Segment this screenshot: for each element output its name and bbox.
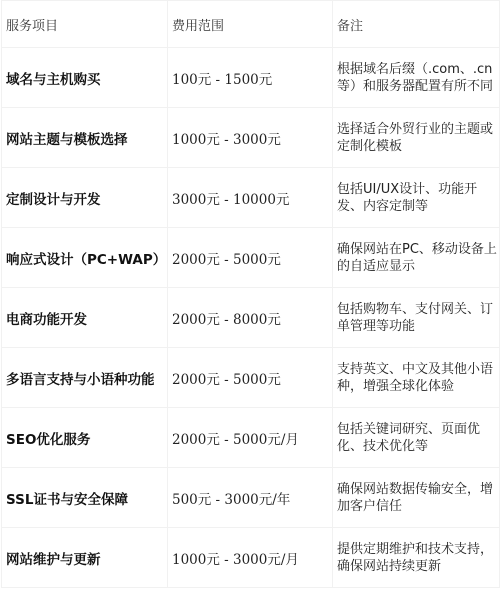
price-range: 2000元 - 8000元 [168, 288, 333, 348]
service-name: 域名与主机购买 [2, 48, 168, 108]
header-price: 费用范围 [168, 1, 333, 48]
table-row: 响应式设计（PC+WAP） 2000元 - 5000元 确保网站在PC、移动设备… [2, 228, 500, 288]
header-service: 服务项目 [2, 1, 168, 48]
price-range: 2000元 - 5000元/月 [168, 408, 333, 468]
table-header-row: 服务项目 费用范围 备注 [2, 1, 500, 48]
table-row: 域名与主机购买 100元 - 1500元 根据域名后缀（.com、.cn等）和服… [2, 48, 500, 108]
price-range: 2000元 - 5000元 [168, 348, 333, 408]
service-note: 包括UI/UX设计、功能开发、内容定制等 [333, 168, 500, 228]
table-row: 网站维护与更新 1000元 - 3000元/月 提供定期维护和技术支持，确保网站… [2, 528, 500, 588]
table-row: 网站主题与模板选择 1000元 - 3000元 选择适合外贸行业的主题或定制化模… [2, 108, 500, 168]
price-range: 2000元 - 5000元 [168, 228, 333, 288]
service-name: 响应式设计（PC+WAP） [2, 228, 168, 288]
service-name: 网站维护与更新 [2, 528, 168, 588]
table-row: SEO优化服务 2000元 - 5000元/月 包括关键词研究、页面优化、技术优… [2, 408, 500, 468]
table-row: 定制设计与开发 3000元 - 10000元 包括UI/UX设计、功能开发、内容… [2, 168, 500, 228]
service-note: 支持英文、中文及其他小语种，增强全球化体验 [333, 348, 500, 408]
table-row: SSL证书与安全保障 500元 - 3000元/年 确保网站数据传输安全，增加客… [2, 468, 500, 528]
pricing-table: 服务项目 费用范围 备注 域名与主机购买 100元 - 1500元 根据域名后缀… [1, 0, 500, 588]
service-note: 根据域名后缀（.com、.cn等）和服务器配置有所不同 [333, 48, 500, 108]
service-note: 提供定期维护和技术支持，确保网站持续更新 [333, 528, 500, 588]
service-note: 确保网站数据传输安全，增加客户信任 [333, 468, 500, 528]
service-name: 网站主题与模板选择 [2, 108, 168, 168]
service-note: 包括关键词研究、页面优化、技术优化等 [333, 408, 500, 468]
service-name: SEO优化服务 [2, 408, 168, 468]
service-name: SSL证书与安全保障 [2, 468, 168, 528]
price-range: 100元 - 1500元 [168, 48, 333, 108]
service-name: 定制设计与开发 [2, 168, 168, 228]
header-note: 备注 [333, 1, 500, 48]
service-note: 包括购物车、支付网关、订单管理等功能 [333, 288, 500, 348]
table-row: 多语言支持与小语种功能 2000元 - 5000元 支持英文、中文及其他小语种，… [2, 348, 500, 408]
service-note: 确保网站在PC、移动设备上的自适应显示 [333, 228, 500, 288]
price-range: 1000元 - 3000元/月 [168, 528, 333, 588]
service-name: 多语言支持与小语种功能 [2, 348, 168, 408]
service-name: 电商功能开发 [2, 288, 168, 348]
price-range: 3000元 - 10000元 [168, 168, 333, 228]
price-range: 500元 - 3000元/年 [168, 468, 333, 528]
price-range: 1000元 - 3000元 [168, 108, 333, 168]
table-row: 电商功能开发 2000元 - 8000元 包括购物车、支付网关、订单管理等功能 [2, 288, 500, 348]
service-note: 选择适合外贸行业的主题或定制化模板 [333, 108, 500, 168]
